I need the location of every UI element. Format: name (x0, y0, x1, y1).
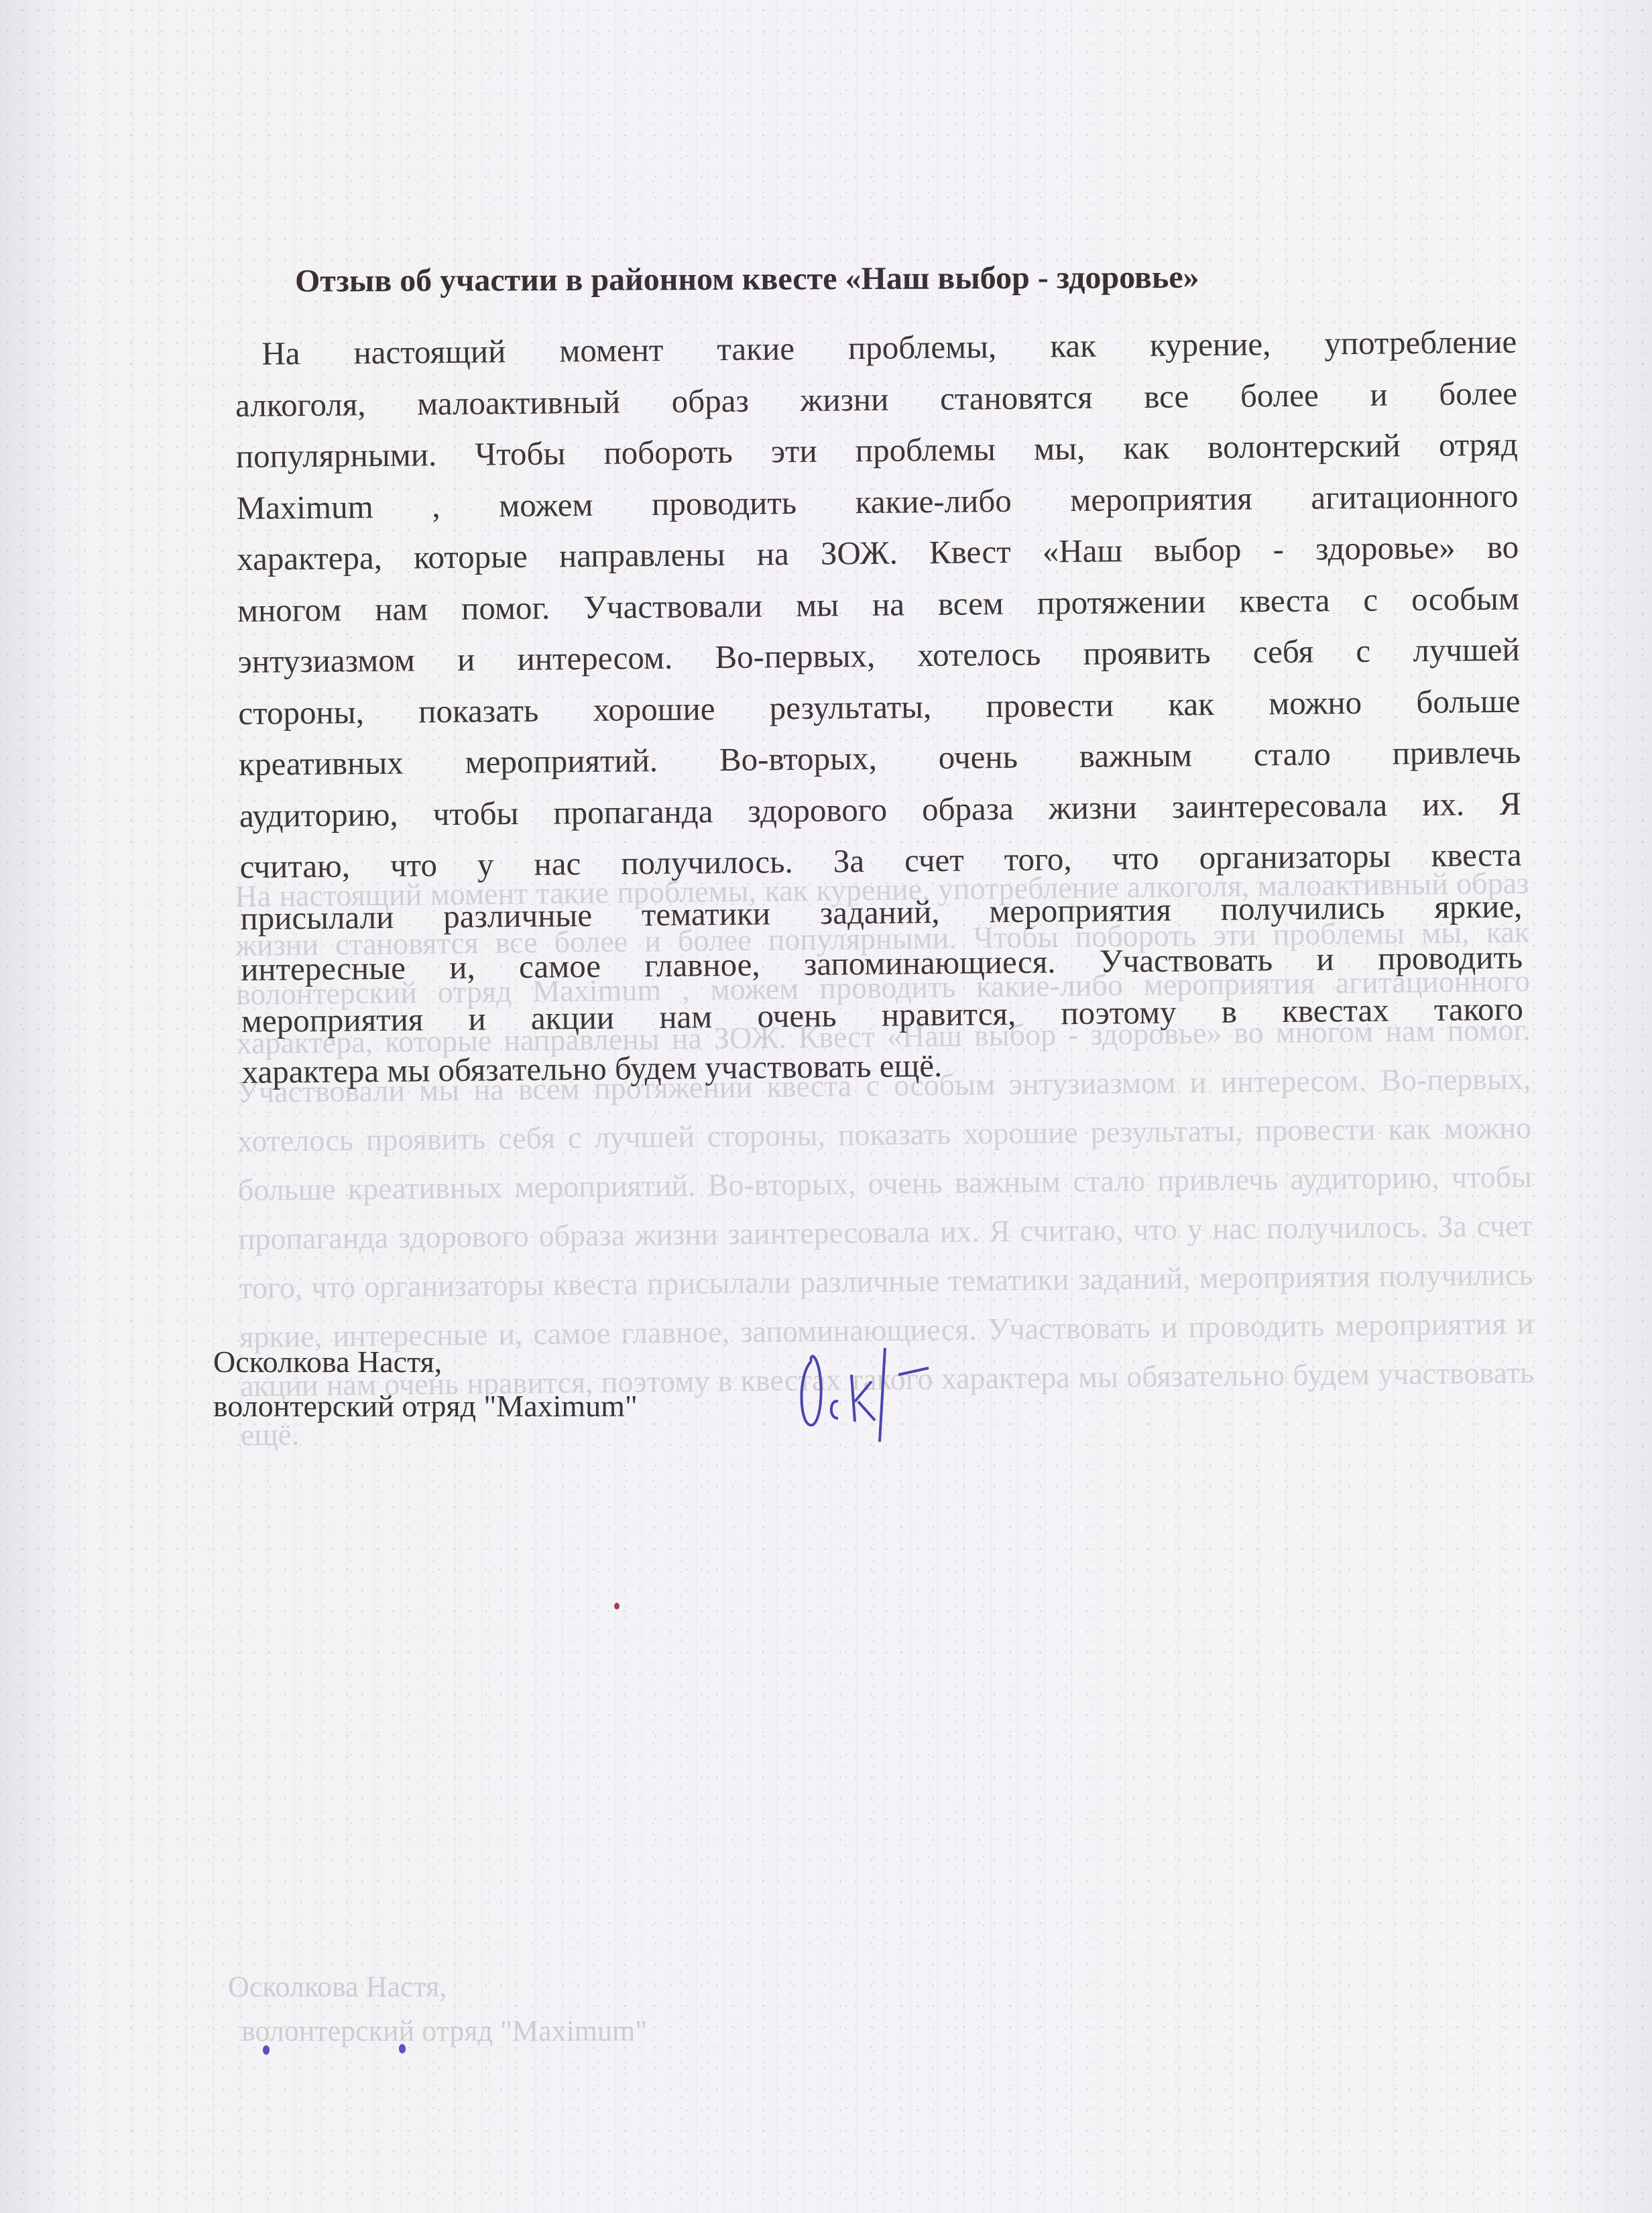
document-title: Отзыв об участии в районном квесте «Наш … (295, 258, 1435, 299)
signature-block: Осколкова Настя, волонтерский отряд "Max… (213, 1340, 638, 1428)
author-name: Осколкова Настя, (213, 1340, 638, 1384)
ink-dot (399, 2044, 406, 2053)
ink-dot (614, 1603, 619, 1609)
bleed-through-affiliation: волонтерский отряд "Maximum" (228, 2009, 647, 2053)
author-affiliation: волонтерский отряд "Maximum" (213, 1384, 638, 1428)
document-body: На настоящий момент такие проблемы, как … (235, 317, 1524, 1098)
bleed-through-signature: Осколкова Настя, волонтерский отряд "Max… (228, 1965, 647, 2053)
ink-dot (263, 2045, 270, 2055)
bleed-through-name: Осколкова Настя, (228, 1965, 647, 2009)
handwritten-signature-icon (791, 1335, 965, 1442)
